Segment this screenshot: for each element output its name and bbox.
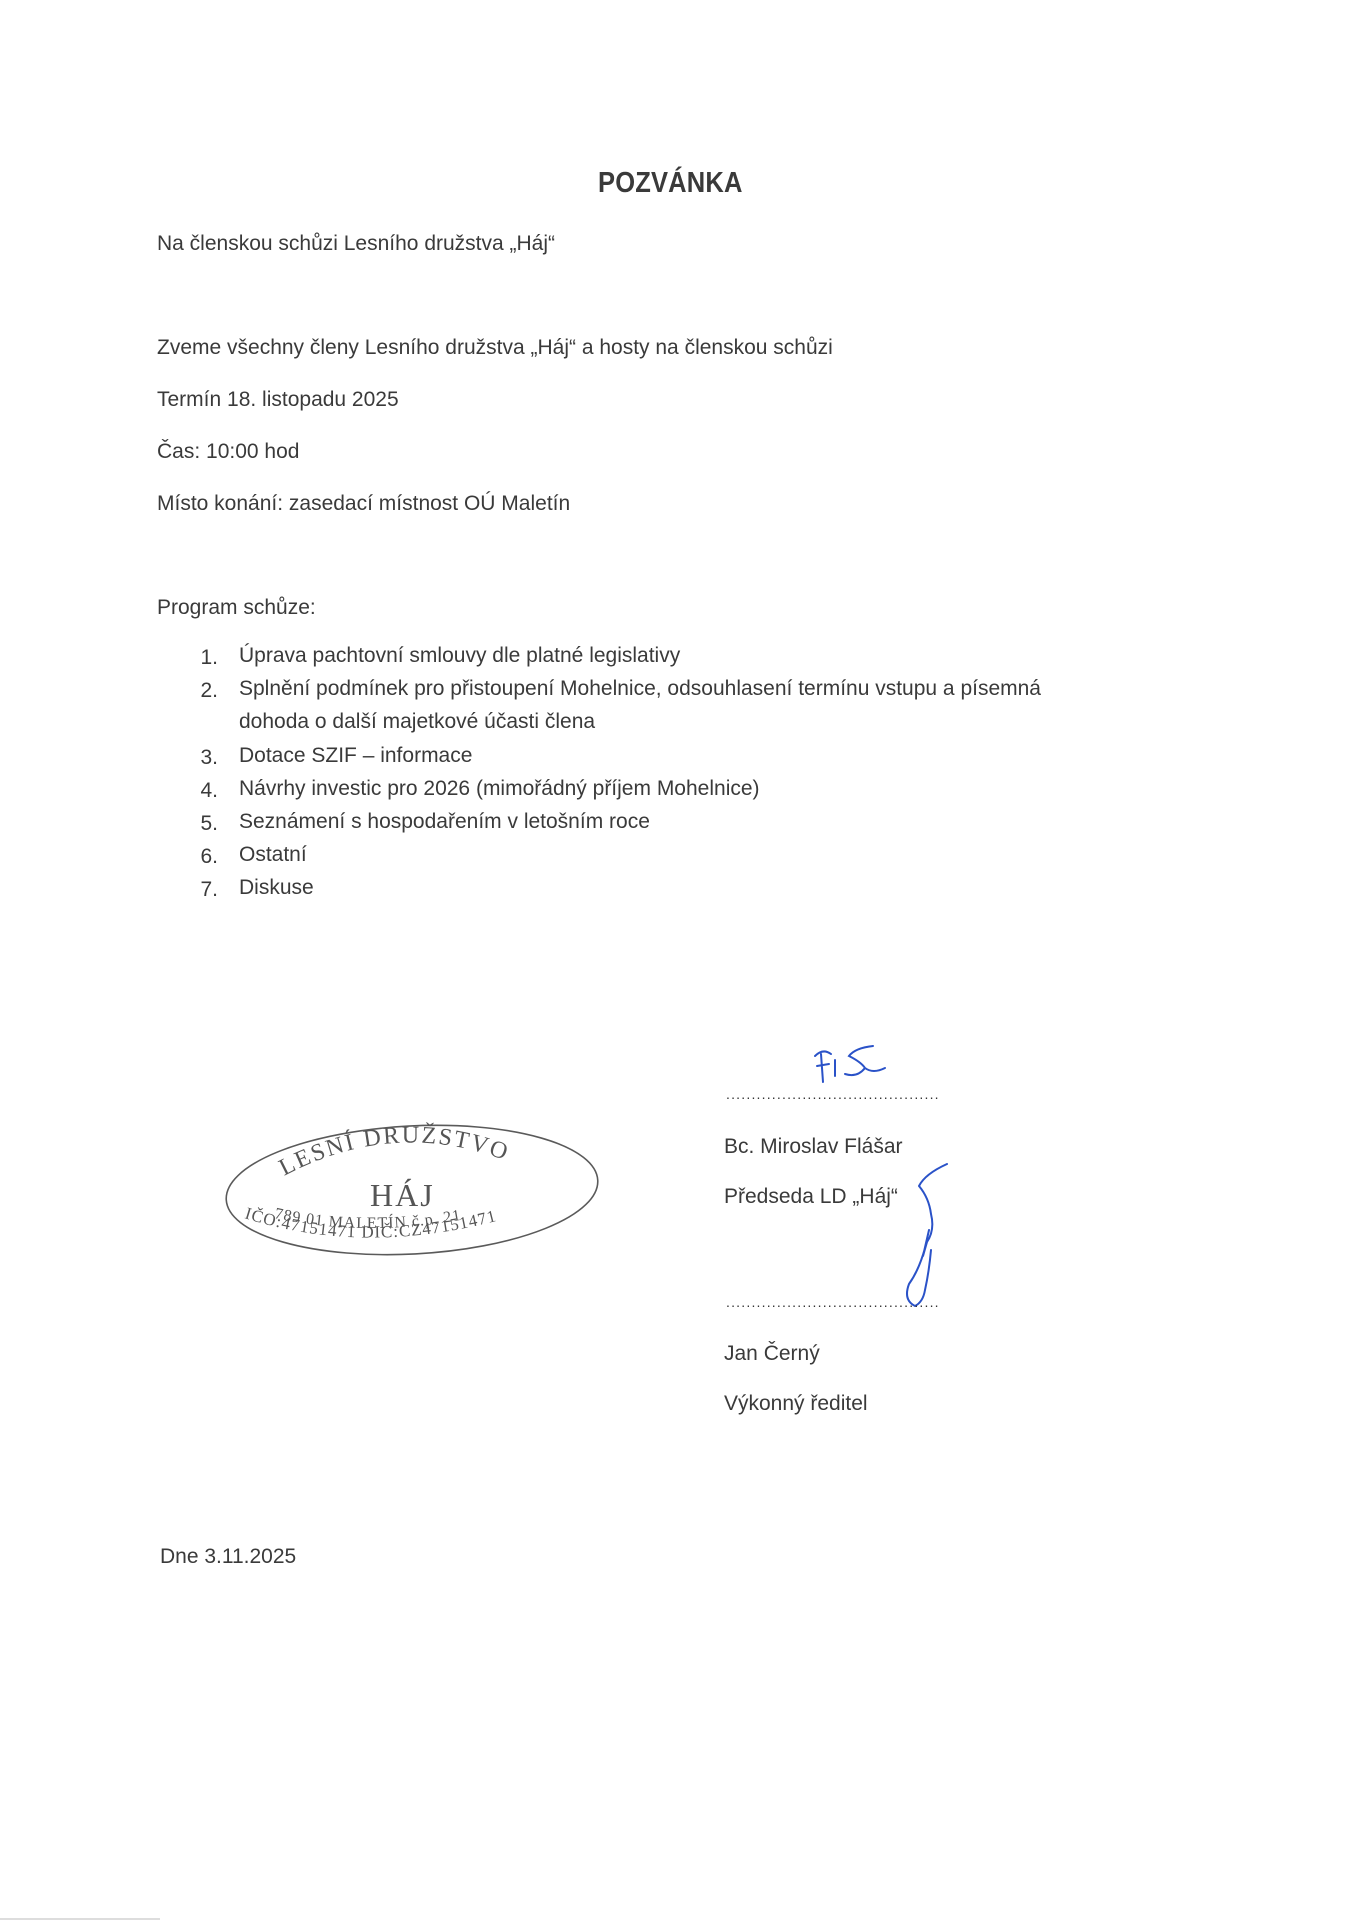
stamp-line2: HÁJ <box>370 1177 435 1213</box>
program-item-number: 5. <box>188 813 218 834</box>
signatory-name: Bc. Miroslav Flášar <box>724 1136 903 1157</box>
program-item-text: Návrhy investic pro 2026 (mimořádný příj… <box>239 772 760 805</box>
program-item-text: Seznámení s hospodařením v letošním roce <box>239 805 650 838</box>
program-item-text: Splnění podmínek pro přistoupení Mohelni… <box>239 672 1041 705</box>
program-item-number: 1. <box>188 647 218 668</box>
program-item-text: Dotace SZIF – informace <box>239 739 472 772</box>
program-item-number: 7. <box>188 879 218 900</box>
program-item-text: Ostatní <box>239 838 307 871</box>
program-item-text-cont: dohoda o další majetkové účasti člena <box>239 705 595 738</box>
meeting-place: Místo konání: zasedací místnost OÚ Malet… <box>157 493 570 514</box>
program-item-number: 2. <box>188 680 218 701</box>
subtitle: Na členskou schůzi Lesního družstva „Háj… <box>157 233 555 254</box>
program-item-number: 4. <box>188 780 218 801</box>
meeting-date: Termín 18. listopadu 2025 <box>157 389 399 410</box>
program-item-number: 3. <box>188 747 218 768</box>
document-date: Dne 3.11.2025 <box>160 1546 296 1567</box>
intro-text: Zveme všechny členy Lesního družstva „Há… <box>157 337 833 358</box>
official-stamp: LESNÍ DRUŽSTVO HÁJ 789 01 MALETÍN č.p. 2… <box>222 1118 612 1278</box>
stamp-line1: LESNÍ DRUŽSTVO <box>275 1122 513 1181</box>
program-item-number: 6. <box>188 846 218 867</box>
signatory-name: Jan Černý <box>724 1343 820 1364</box>
program-item-text: Úprava pachtovní smlouvy dle platné legi… <box>239 639 680 672</box>
meeting-time: Čas: 10:00 hod <box>157 441 299 462</box>
signature-line: ........................................… <box>726 1086 940 1102</box>
handwritten-signature-initials <box>805 1040 895 1090</box>
program-heading: Program schůze: <box>157 597 316 618</box>
document-title: POZVÁNKA <box>598 167 743 200</box>
svg-text:LESNÍ DRUŽSTVO: LESNÍ DRUŽSTVO <box>275 1122 513 1181</box>
signatory-role: Výkonný ředitel <box>724 1393 868 1414</box>
program-item-text: Diskuse <box>239 871 314 904</box>
signature-line: ........................................… <box>726 1294 940 1310</box>
signatory-role: Předseda LD „Háj“ <box>724 1186 898 1207</box>
